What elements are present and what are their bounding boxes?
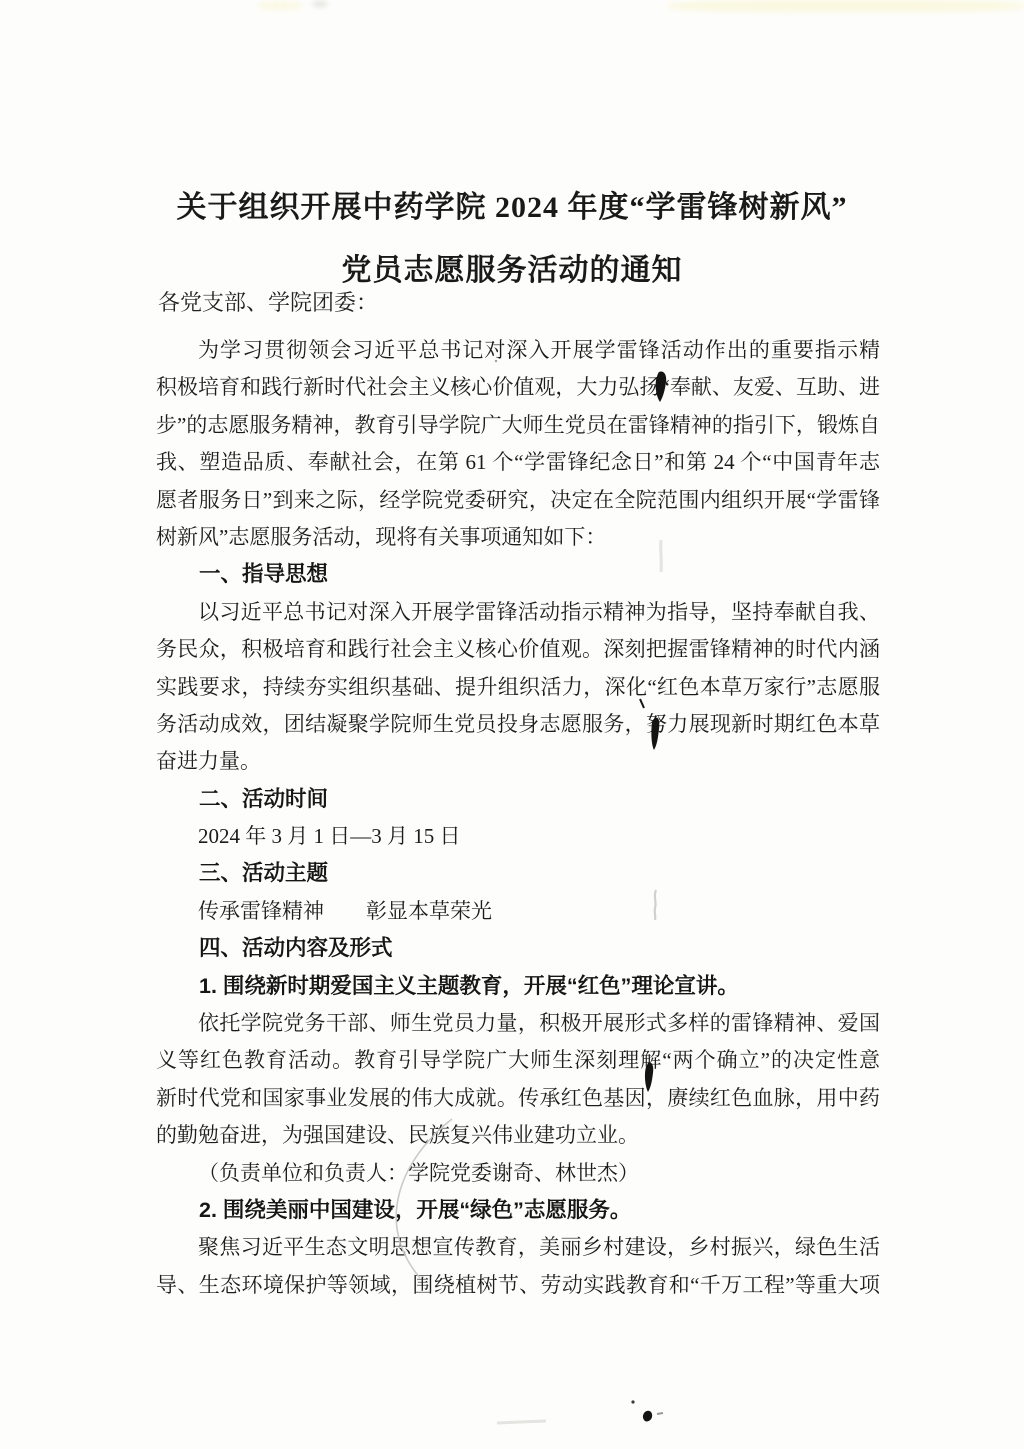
text-line: 依托学院党务干部、师生党员力量，积极开展形式多样的雷锋精神、爱国主	[156, 1005, 880, 1042]
text-line: 务活动成效，团结凝聚学院师生党员投身志愿服务，努力展现新时期红色本草的	[156, 706, 880, 743]
scan-gray-smudge-top	[312, 0, 328, 8]
text-line: 新时代党和国家事业发展的伟大成就。传承红色基因，赓续红色血脉，用中药人	[156, 1080, 880, 1117]
text-line: 愿者服务日”到来之际，经学院党委研究，决定在全院范围内组织开展“学雷锋	[156, 482, 880, 519]
text-line: 的勤勉奋进，为强国建设、民族复兴伟业建功立业。	[156, 1117, 880, 1154]
text-line: 2024 年 3 月 1 日—3 月 15 日	[156, 818, 880, 855]
text-line: 三、活动主题	[156, 855, 880, 892]
text-line: 导、生态环境保护等领域，围绕植树节、劳动实践教育和“千万工程”等重大项	[156, 1267, 880, 1304]
text-line: 积极培育和践行新时代社会主义核心价值观，大力弘扬“奉献、友爱、互助、进	[156, 369, 880, 406]
text-line: 奋进力量。	[156, 743, 880, 780]
text-line: （负责单位和负责人：学院党委谢奇、林世杰）	[156, 1155, 880, 1192]
document-body: 为学习贯彻领会习近平总书记对深入开展学雷锋活动作出的重要指示精神，积极培育和践行…	[156, 332, 880, 1304]
text-line: 实践要求，持续夯实组织基础、提升组织活力，深化“红色本草万家行”志愿服	[156, 669, 880, 706]
ink-speck-dash	[657, 1413, 663, 1414]
scanned-notice-page: 关于组织开展中药学院 2024 年度“学雷锋树新风” 党员志愿服务活动的通知 各…	[0, 0, 1024, 1449]
text-line: 传承雷锋精神 彰显本草荣光	[156, 893, 880, 930]
text-line: 四、活动内容及形式	[156, 930, 880, 967]
scan-yellow-smudge-top-mid	[258, 2, 302, 9]
text-line: 聚焦习近平生态文明思想宣传教育，美丽乡村建设，乡村振兴，绿色生活倡	[156, 1229, 880, 1266]
text-line: 我、塑造品质、奉献社会，在第 61 个“学雷锋纪念日”和第 24 个“中国青年志	[156, 444, 880, 481]
document-title: 关于组织开展中药学院 2024 年度“学雷锋树新风” 党员志愿服务活动的通知	[0, 176, 1024, 302]
faint-streak-bottom	[497, 1421, 546, 1423]
text-line: 务民众，积极培育和践行社会主义核心价值观。深刻把握雷锋精神的时代内涵和	[156, 631, 880, 668]
text-line: 为学习贯彻领会习近平总书记对深入开展学雷锋活动作出的重要指示精神，	[156, 332, 880, 369]
text-line: 一、指导思想	[156, 556, 880, 593]
scan-yellow-band-top-right	[668, 0, 1024, 12]
text-line: 以习近平总书记对深入开展学雷锋活动指示精神为指导，坚持奉献自我、服	[156, 594, 880, 631]
salutation: 各党支部、学院团委：	[158, 286, 378, 317]
text-line: 义等红色教育活动。教育引导学院广大师生深刻理解“两个确立”的决定性意义、	[156, 1042, 880, 1079]
text-line: 二、活动时间	[156, 781, 880, 818]
ink-speck-small	[631, 1400, 634, 1403]
title-line-2: 党员志愿服务活动的通知	[0, 239, 1024, 302]
text-line: 1. 围绕新时期爱国主义主题教育，开展“红色”理论宣讲。	[156, 968, 880, 1005]
title-line-1: 关于组织开展中药学院 2024 年度“学雷锋树新风”	[0, 176, 1024, 239]
text-line: 树新风”志愿服务活动，现将有关事项通知如下：	[156, 519, 880, 556]
text-line: 2. 围绕美丽中国建设，开展“绿色”志愿服务。	[156, 1192, 880, 1229]
text-line: 步”的志愿服务精神，教育引导学院广大师生党员在雷锋精神的指引下，锻炼自	[156, 407, 880, 444]
ink-speck-blob	[643, 1411, 652, 1422]
